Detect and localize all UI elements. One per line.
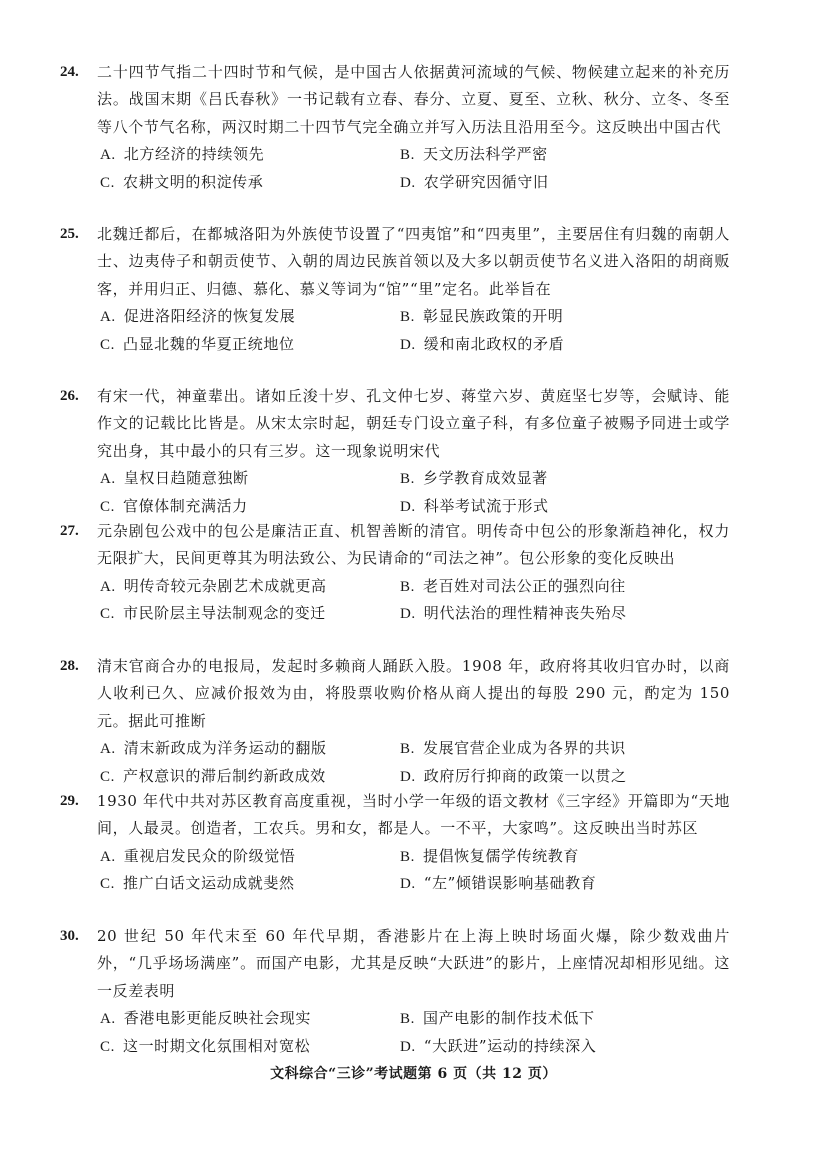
options: A.重视启发民众的阶级觉悟 B.提倡恢复儒学传统教育 C.推广白话文运动成就斐然… <box>97 843 730 898</box>
page-footer: 文科综合“三诊”考试题第 6 页（共 12 页） <box>0 1063 827 1083</box>
options: A.促进洛阳经济的恢复发展 B.彰显民族政策的开明 C.凸显北魏的华夏正统地位 … <box>97 303 730 358</box>
question-number: 28. <box>60 653 79 680</box>
option-a: A.重视启发民众的阶级觉悟 <box>100 843 295 871</box>
question-25: 25. 北魏迁都后，在都城洛阳为外族使节设置了“四夷馆”和“四夷里”，主要居住有… <box>60 221 730 358</box>
option-d: D.“大跃进”运动的持续深入 <box>400 1033 596 1061</box>
question-29: 29. 1930 年代中共对苏区教育高度重视，当时小学一年级的语文教材《三字经》… <box>60 788 730 898</box>
option-c: C.产权意识的滞后制约新政成效 <box>100 763 326 791</box>
option-b: B.乡学教育成效显著 <box>400 465 548 493</box>
question-stem: 20 世纪 50 年代末至 60 年代早期，香港影片在上海上映时场面火爆，除少数… <box>97 923 730 1005</box>
option-c: C.农耕文明的积淀传承 <box>100 169 263 197</box>
options: A.明传奇较元杂剧艺术成就更高 B.老百姓对司法公正的强烈向往 C.市民阶层主导… <box>97 573 730 628</box>
options: A.香港电影更能反映社会现实 B.国产电影的制作技术低下 C.这一时期文化氛围相… <box>97 1005 730 1060</box>
question-stem: 元杂剧包公戏中的包公是廉洁正直、机智善断的清官。明传奇中包公的形象渐趋神化，权力… <box>97 518 730 573</box>
option-a: A.清末新政成为洋务运动的翻版 <box>100 735 327 763</box>
option-d: D.“左”倾错误影响基础教育 <box>400 870 596 898</box>
option-c: C.官僚体制充满活力 <box>100 493 248 521</box>
option-d: D.缓和南北政权的矛盾 <box>400 331 564 359</box>
question-number: 27. <box>60 518 79 545</box>
option-a: A.香港电影更能反映社会现实 <box>100 1005 311 1033</box>
option-c: C.这一时期文化氛围相对宽松 <box>100 1033 310 1061</box>
option-d: D.政府厉行抑商的政策一以贯之 <box>400 763 627 791</box>
question-stem: 清末官商合办的电报局，发起时多赖商人踊跃入股。1908 年，政府将其收归官办时，… <box>97 653 730 735</box>
question-number: 25. <box>60 221 79 248</box>
option-c: C.市民阶层主导法制观念的变迁 <box>100 600 326 628</box>
option-b: B.发展官营企业成为各界的共识 <box>400 735 626 763</box>
option-b: B.天文历法科学严密 <box>400 141 548 169</box>
option-a: A.北方经济的持续领先 <box>100 141 264 169</box>
option-d: D.科举考试流于形式 <box>400 493 549 521</box>
option-c: C.凸显北魏的华夏正统地位 <box>100 331 295 359</box>
question-26: 26. 有宋一代，神童辈出。诸如丘浚十岁、孔文仲七岁、蒋堂六岁、黄庭坚七岁等，会… <box>60 383 730 520</box>
option-a: A.促进洛阳经济的恢复发展 <box>100 303 295 331</box>
question-stem: 北魏迁都后，在都城洛阳为外族使节设置了“四夷馆”和“四夷里”，主要居住有归魏的南… <box>97 221 730 303</box>
question-number: 26. <box>60 383 79 410</box>
option-a: A.皇权日趋随意独断 <box>100 465 249 493</box>
question-27: 27. 元杂剧包公戏中的包公是廉洁正直、机智善断的清官。明传奇中包公的形象渐趋神… <box>60 518 730 628</box>
options: A.皇权日趋随意独断 B.乡学教育成效显著 C.官僚体制充满活力 D.科举考试流… <box>97 465 730 520</box>
question-stem: 有宋一代，神童辈出。诸如丘浚十岁、孔文仲七岁、蒋堂六岁、黄庭坚七岁等，会赋诗、能… <box>97 383 730 465</box>
option-d: D.明代法治的理性精神丧失殆尽 <box>400 600 627 628</box>
question-number: 24. <box>60 59 79 86</box>
question-24: 24. 二十四节气指二十四时节和气候，是中国古人依据黄河流域的气候、物候建立起来… <box>60 59 730 196</box>
option-b: B.老百姓对司法公正的强烈向往 <box>400 573 626 601</box>
question-stem: 1930 年代中共对苏区教育高度重视，当时小学一年级的语文教材《三字经》开篇即为… <box>97 788 730 843</box>
exam-page: 24. 二十四节气指二十四时节和气候，是中国古人依据黄河流域的气候、物候建立起来… <box>0 0 827 1169</box>
options: A.北方经济的持续领先 B.天文历法科学严密 C.农耕文明的积淀传承 D.农学研… <box>97 141 730 196</box>
question-30: 30. 20 世纪 50 年代末至 60 年代早期，香港影片在上海上映时场面火爆… <box>60 923 730 1060</box>
question-number: 30. <box>60 923 79 950</box>
question-28: 28. 清末官商合办的电报局，发起时多赖商人踊跃入股。1908 年，政府将其收归… <box>60 653 730 790</box>
option-a: A.明传奇较元杂剧艺术成就更高 <box>100 573 327 601</box>
options: A.清末新政成为洋务运动的翻版 B.发展官营企业成为各界的共识 C.产权意识的滞… <box>97 735 730 790</box>
option-b: B.彰显民族政策的开明 <box>400 303 563 331</box>
question-stem: 二十四节气指二十四时节和气候，是中国古人依据黄河流域的气候、物候建立起来的补充历… <box>97 59 730 141</box>
option-c: C.推广白话文运动成就斐然 <box>100 870 295 898</box>
option-b: B.提倡恢复儒学传统教育 <box>400 843 579 871</box>
question-number: 29. <box>60 788 79 815</box>
option-b: B.国产电影的制作技术低下 <box>400 1005 595 1033</box>
option-d: D.农学研究因循守旧 <box>400 169 549 197</box>
